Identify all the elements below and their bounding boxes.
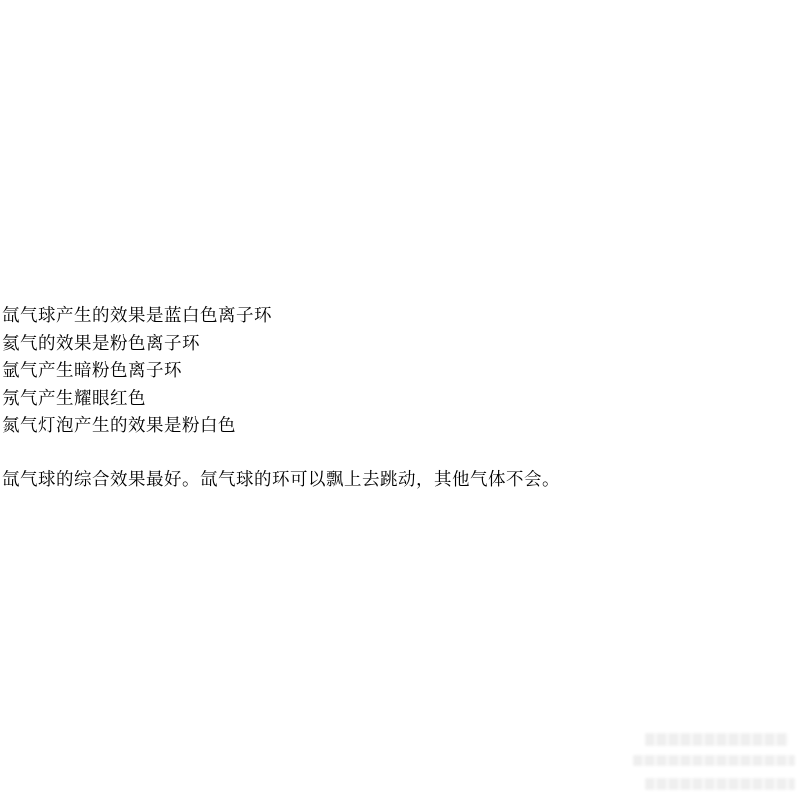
watermark-line-1	[645, 733, 788, 746]
note-line-xenon: 氙气球产生的效果是蓝白色离子环	[2, 302, 272, 330]
conclusion-text: 氙气球的综合效果最好。氙气球的环可以飘上去跳动，其他气体不会。	[2, 466, 560, 494]
note-line-argon: 氩气产生暗粉色离子环	[2, 357, 272, 385]
watermark	[620, 725, 800, 800]
gas-effect-notes: 氙气球产生的效果是蓝白色离子环 氦气的效果是粉色离子环 氩气产生暗粉色离子环 氖…	[2, 302, 272, 440]
watermark-line-2	[633, 755, 795, 766]
note-line-nitrogen: 氮气灯泡产生的效果是粉白色	[2, 412, 272, 440]
watermark-line-3	[645, 778, 795, 790]
note-line-helium: 氦气的效果是粉色离子环	[2, 330, 272, 358]
page: { "page": { "background": "#ffffff", "te…	[0, 0, 800, 800]
note-line-neon: 氖气产生耀眼红色	[2, 385, 272, 413]
